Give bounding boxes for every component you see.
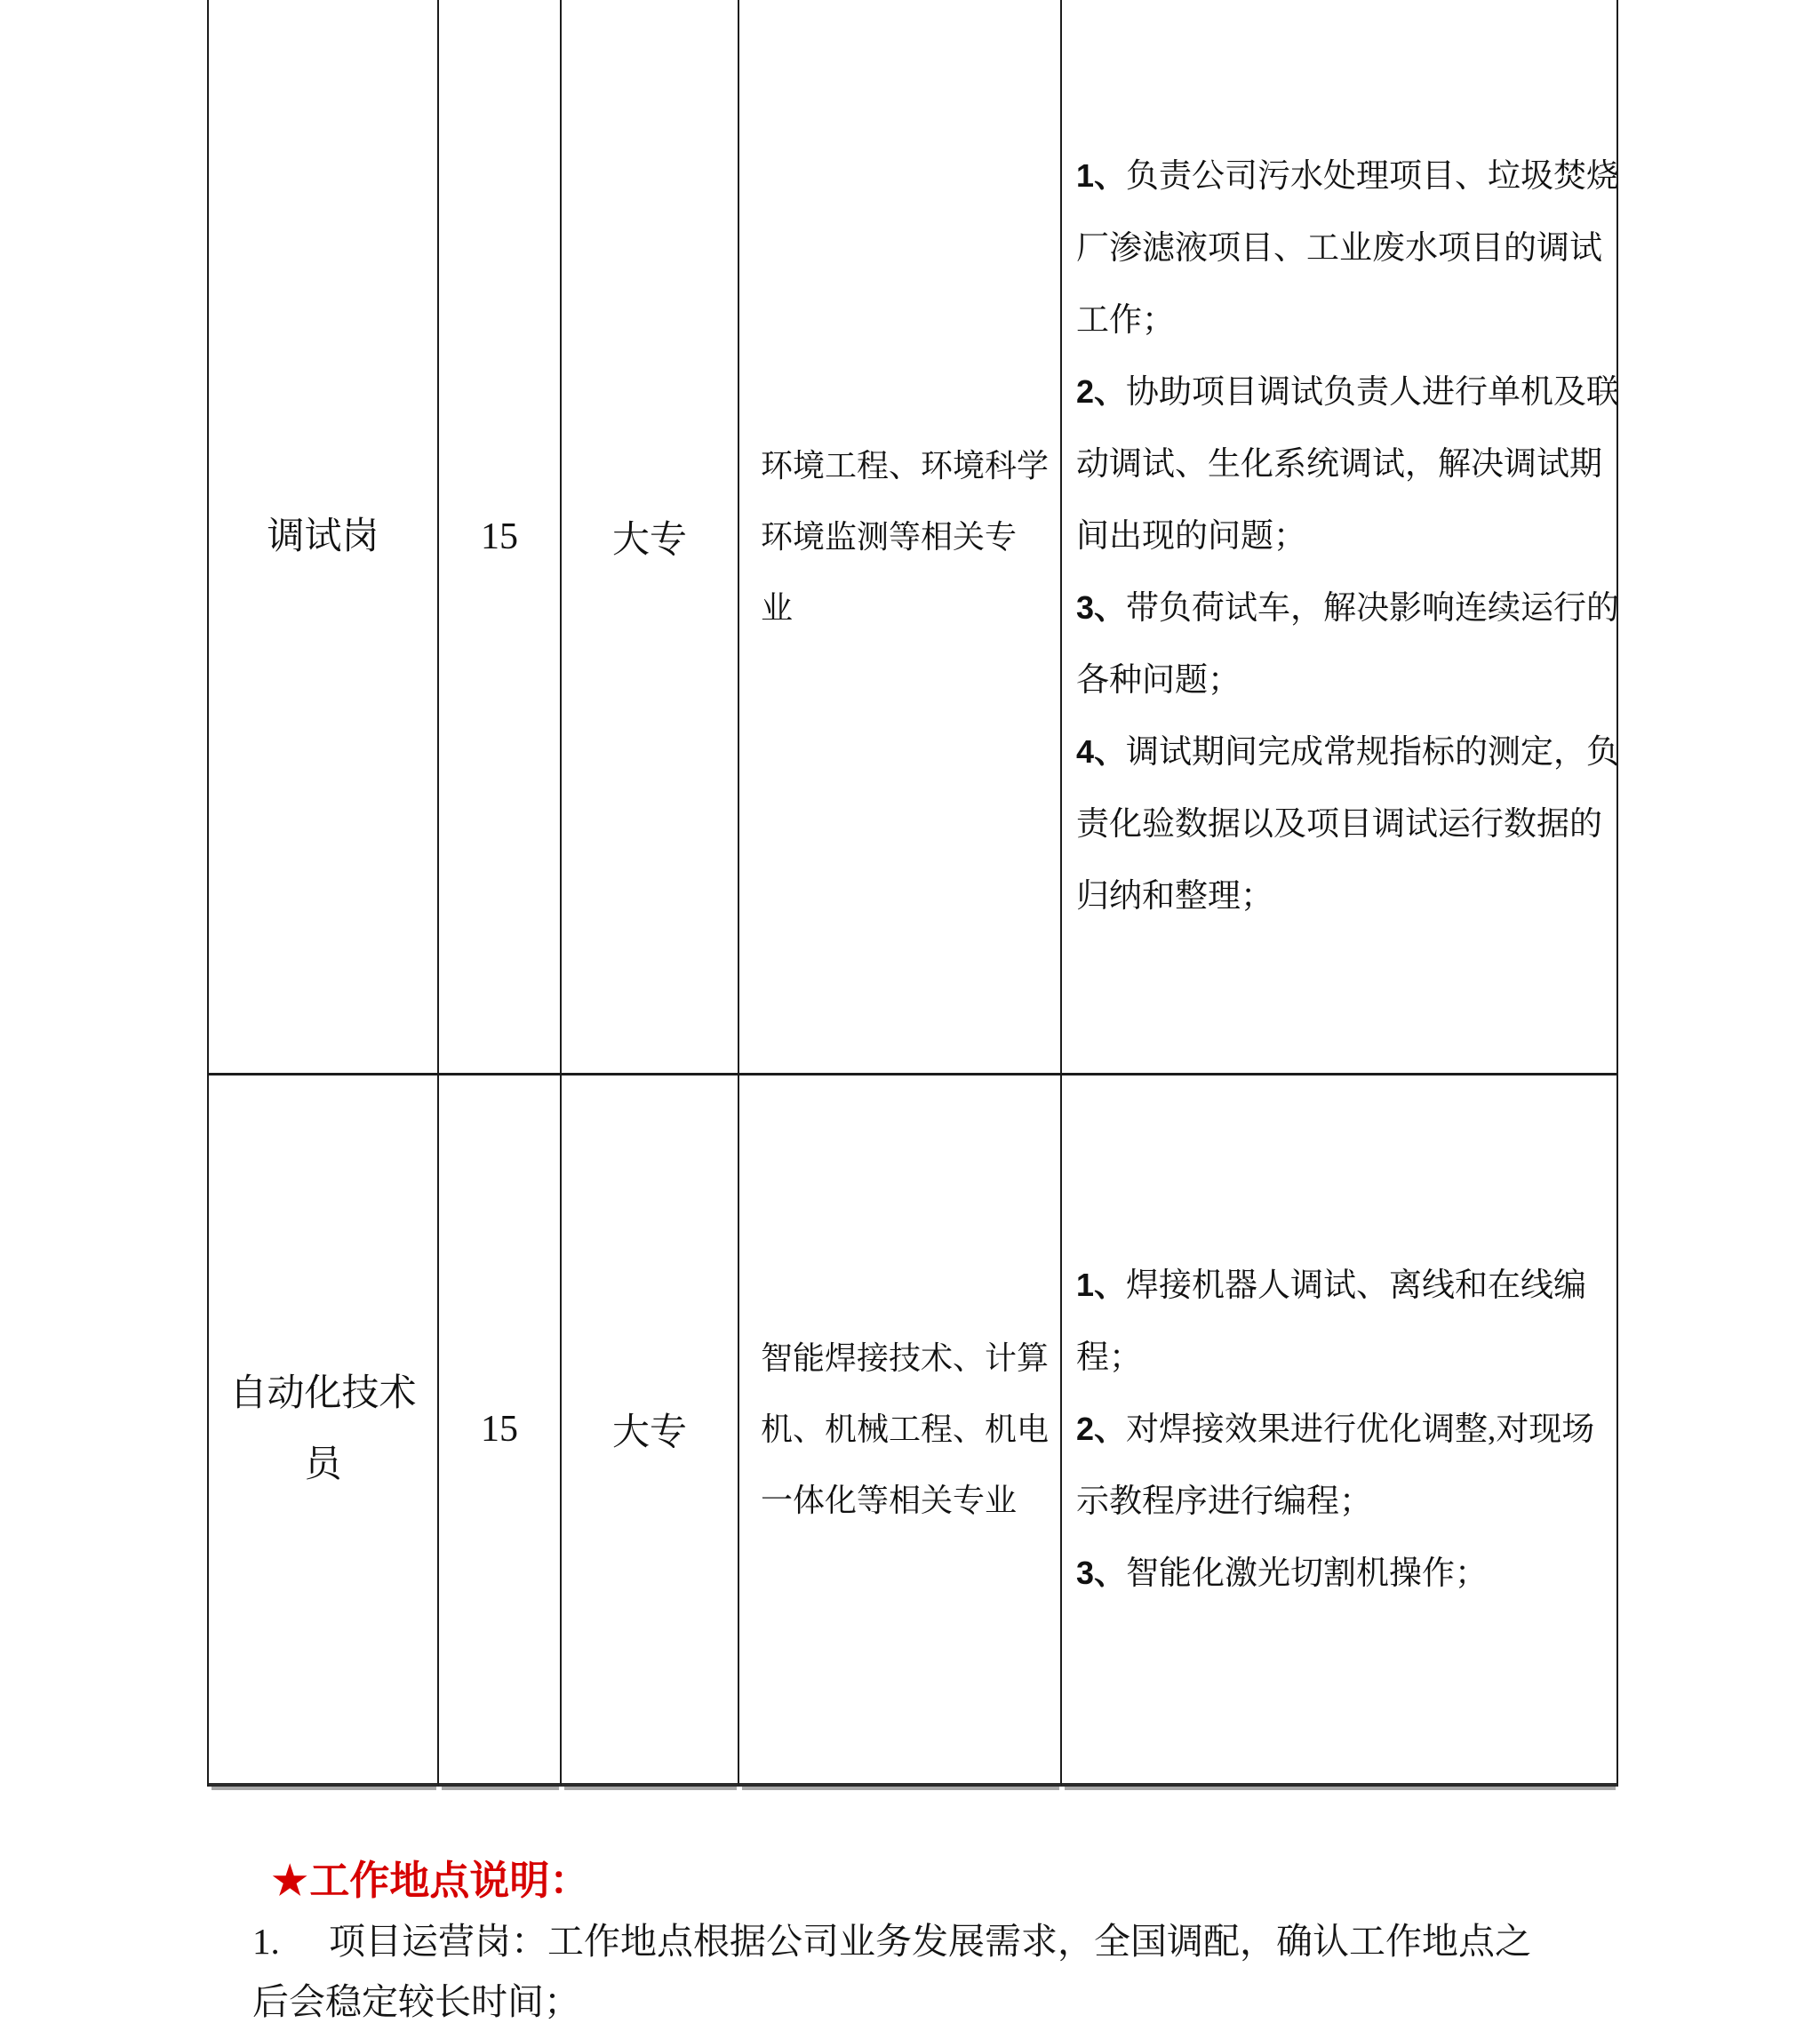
table-row-automation-technician: 自动化技术 员 15 大专 智能焊接技术、计算 机、机械工程、机电 一体化等相关… <box>209 1075 1618 1787</box>
cell-position: 自动化技术 员 <box>209 1075 439 1787</box>
cell-duties: 1、焊接机器人调试、离线和在线编 程； 2、对焊接效果进行优化调整,对现场 示教… <box>1062 1075 1618 1787</box>
duty-line: 4、调试期间完成常规指标的测定，负 <box>1076 716 1618 788</box>
position-name: 自动化技术 员 <box>229 1358 416 1500</box>
major-line: 一体化等相关专业 <box>761 1465 1017 1536</box>
major-line: 智能焊接技术、计算 <box>761 1323 1049 1394</box>
cell-headcount: 15 <box>439 0 562 1075</box>
headcount-value: 15 <box>481 1408 518 1451</box>
document-page: 调试岗 15 大专 环境工程、环境科学 环境监测等相关专 业 1、负责公司污水处… <box>0 0 1820 2039</box>
star-icon: ★ <box>272 1859 307 1903</box>
duty-line: 1、负责公司污水处理项目、垃圾焚烧 <box>1076 140 1618 212</box>
major-line: 环境监测等相关专 <box>761 501 1017 572</box>
work-location-heading: ★工作地点说明： <box>252 1851 1763 1911</box>
duty-line: 2、对焊接效果进行优化调整,对现场 <box>1076 1394 1594 1466</box>
duty-line: 各种问题； <box>1076 644 1241 716</box>
recruitment-table: 调试岗 15 大专 环境工程、环境科学 环境监测等相关专 业 1、负责公司污水处… <box>207 0 1618 1787</box>
cell-position: 调试岗 <box>209 0 439 1075</box>
work-location-notes: ★工作地点说明： 1.项目运营岗：工作地点根据公司业务发展需求，全国调配，确认工… <box>252 1851 1763 2032</box>
cell-duties: 1、负责公司污水处理项目、垃圾焚烧 厂渗滤液项目、工业废水项目的调试 工作； 2… <box>1062 0 1618 1075</box>
cell-major: 环境工程、环境科学 环境监测等相关专 业 <box>739 0 1062 1075</box>
cell-major: 智能焊接技术、计算 机、机械工程、机电 一体化等相关专业 <box>739 1075 1062 1787</box>
major-line: 业 <box>761 572 793 644</box>
duty-line: 间出现的问题； <box>1076 500 1306 572</box>
duty-line: 厂渗滤液项目、工业废水项目的调试 <box>1076 212 1602 284</box>
note-item-1-line-2: 后会稳定较长时间； <box>252 1971 1763 2032</box>
education-value: 大专 <box>612 510 687 564</box>
duty-line: 示教程序进行编程； <box>1076 1466 1372 1538</box>
duty-line: 责化验数据以及项目调试运行数据的 <box>1076 788 1602 860</box>
duty-line: 动调试、生化系统调试，解决调试期 <box>1076 428 1602 500</box>
education-value: 大专 <box>612 1403 687 1456</box>
position-name: 调试岗 <box>267 501 379 572</box>
duty-line: 归纳和整理； <box>1076 860 1273 932</box>
note-item-number: 1. <box>252 1911 329 1971</box>
duty-line: 2、协助项目调试负责人进行单机及联 <box>1076 356 1618 428</box>
major-line: 机、机械工程、机电 <box>761 1394 1049 1465</box>
cell-headcount: 15 <box>439 1075 562 1787</box>
note-item-1-line-1: 1.项目运营岗：工作地点根据公司业务发展需求，全国调配，确认工作地点之 <box>252 1911 1763 1971</box>
cell-education: 大专 <box>562 1075 739 1787</box>
duty-line: 1、焊接机器人调试、离线和在线编 <box>1076 1250 1586 1322</box>
cell-education: 大专 <box>562 0 739 1075</box>
duty-line: 3、带负荷试车，解决影响连续运行的 <box>1076 572 1618 644</box>
duty-line: 程； <box>1076 1322 1142 1394</box>
headcount-value: 15 <box>481 516 518 558</box>
table-row-debug-position: 调试岗 15 大专 环境工程、环境科学 环境监测等相关专 业 1、负责公司污水处… <box>209 0 1618 1075</box>
duty-line: 3、智能化激光切割机操作； <box>1076 1538 1488 1610</box>
work-location-heading-text: 工作地点说明： <box>309 1859 589 1903</box>
major-line: 环境工程、环境科学 <box>761 430 1049 501</box>
duty-line: 工作； <box>1076 284 1175 356</box>
